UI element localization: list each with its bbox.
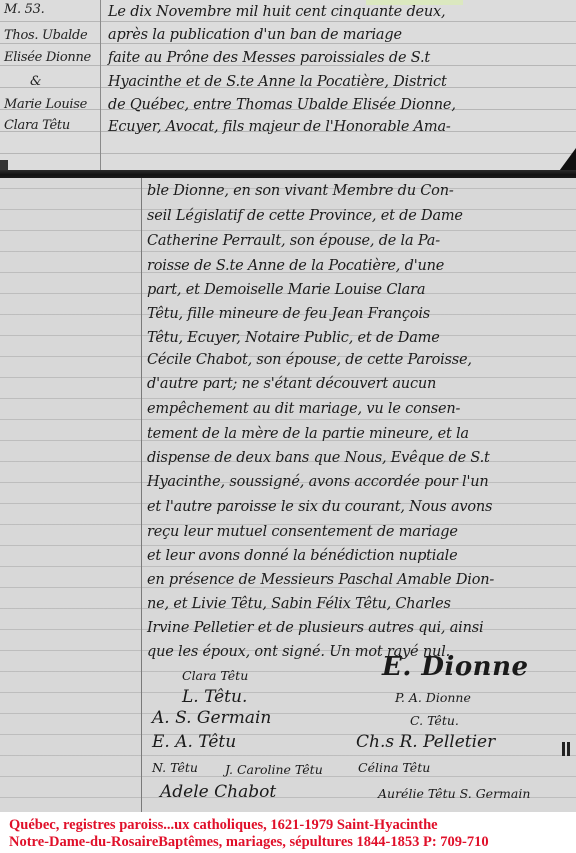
margin-rule xyxy=(100,0,101,170)
caption-line-1: Québec, registres paroiss...ux catholiqu… xyxy=(9,817,569,834)
text-line: dispense de deux bans que Nous, Evêque d… xyxy=(147,450,490,466)
text-line: de Québec, entre Thomas Ubalde Elisée Di… xyxy=(108,97,456,113)
text-line: part, et Demoiselle Marie Louise Clara xyxy=(147,282,425,298)
caption-line-2: Notre-Dame-du-RosaireBaptêmes, mariages,… xyxy=(9,834,569,851)
margin-name-line: Clara Têtu xyxy=(4,118,70,133)
entry-number: M. 53. xyxy=(4,2,44,17)
signature: Célina Têtu xyxy=(358,760,430,775)
signature: J. Caroline Têtu xyxy=(225,762,323,777)
text-line: Catherine Perrault, son épouse, de la Pa… xyxy=(147,233,440,249)
register-page-scan: M. 53. Thos. Ubalde Elisée Dionne & Mari… xyxy=(0,0,576,812)
text-line: après la publication d'un ban de mariage xyxy=(108,27,402,43)
text-line: seil Législatif de cette Province, et de… xyxy=(147,208,463,224)
signature: Aurélie Têtu S. Germain xyxy=(378,786,530,801)
page-fold-band xyxy=(0,170,576,178)
text-line: reçu leur mutuel consentement de mariage xyxy=(147,524,458,540)
signature: A. S. Germain xyxy=(152,708,271,728)
signature: Ch.s R. Pelletier xyxy=(356,732,495,752)
register-top-section: M. 53. Thos. Ubalde Elisée Dionne & Mari… xyxy=(0,0,576,170)
margin-name-line: Elisée Dionne xyxy=(4,50,91,65)
signature: E. A. Têtu xyxy=(152,732,236,752)
text-line: tement de la mère de la partie mineure, … xyxy=(147,426,469,442)
highlight-tab xyxy=(366,0,463,5)
signature: C. Têtu. xyxy=(410,713,459,728)
text-line: d'autre part; ne s'étant découvert aucun xyxy=(147,376,436,392)
signature: E. Dionne xyxy=(382,652,529,682)
text-line: Le dix Novembre mil huit cent cinquante … xyxy=(108,4,445,20)
text-line: Têtu, Ecuyer, Notaire Public, et de Dame xyxy=(147,330,440,346)
text-line: empêchement au dit mariage, vu le consen… xyxy=(147,401,460,417)
text-line: roisse de S.te Anne de la Pocatière, d'u… xyxy=(147,258,444,274)
signature: Clara Têtu xyxy=(182,668,248,683)
margin-rule xyxy=(141,178,142,812)
signature: L. Têtu. xyxy=(182,687,247,707)
margin-name-line: Marie Louise xyxy=(4,97,87,112)
source-caption: Québec, registres paroiss...ux catholiqu… xyxy=(9,817,569,851)
text-line: en présence de Messieurs Paschal Amable … xyxy=(147,572,494,588)
text-line: Ecuyer, Avocat, fils majeur de l'Honorab… xyxy=(108,119,451,135)
margin-name-line: Thos. Ubalde xyxy=(4,28,87,43)
text-line: faite au Prône des Messes paroissiales d… xyxy=(108,50,430,66)
text-line: Têtu, fille mineure de feu Jean François xyxy=(147,306,430,322)
text-line: Cécile Chabot, son épouse, de cette Paro… xyxy=(147,352,472,368)
text-line: Hyacinthe, soussigné, avons accordée pou… xyxy=(147,474,489,490)
signature: Adele Chabot xyxy=(160,782,276,802)
text-line: et l'autre paroisse le six du courant, N… xyxy=(147,499,492,515)
signature: P. A. Dionne xyxy=(395,690,471,705)
text-line: et leur avons donné la bénédiction nupti… xyxy=(147,548,458,564)
margin-name-line: & xyxy=(30,74,41,89)
text-line: Hyacinthe et de S.te Anne la Pocatière, … xyxy=(108,74,447,90)
text-line: Irvine Pelletier et de plusieurs autres … xyxy=(147,620,483,636)
signature: N. Têtu xyxy=(152,760,198,775)
page-edge-mark xyxy=(562,742,572,756)
text-line: ne, et Livie Têtu, Sabin Félix Têtu, Cha… xyxy=(147,596,451,612)
text-line: ble Dionne, en son vivant Membre du Con- xyxy=(147,183,454,199)
